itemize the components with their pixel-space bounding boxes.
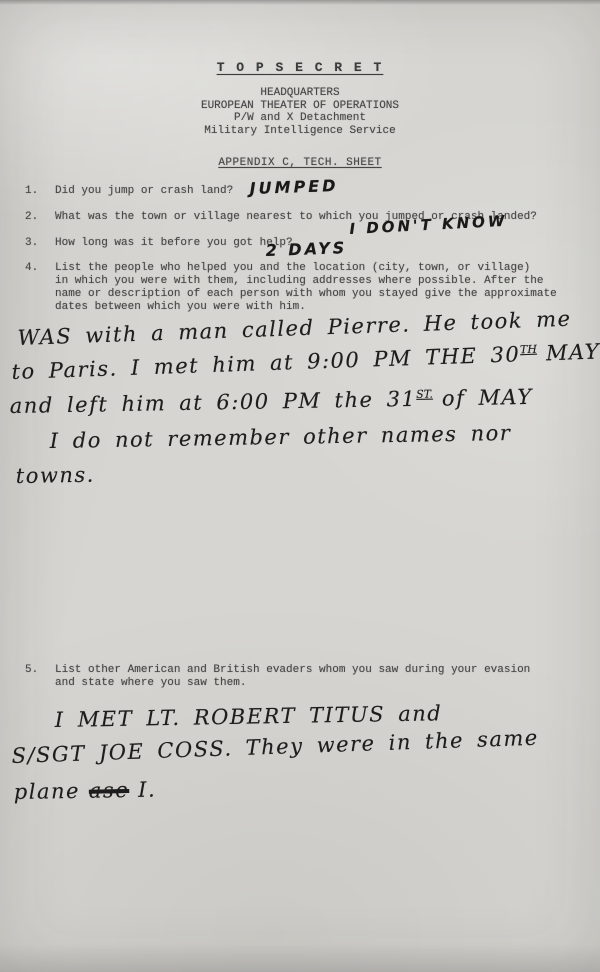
question-2-number: 2. (25, 211, 55, 224)
letterhead-detachment: P/W and X Detachment (0, 112, 600, 125)
question-4-text-line-1: List the people who helped you and the l… (55, 262, 557, 275)
answer-4-line-5: towns. (16, 463, 95, 488)
letterhead-service: Military Intelligence Service (0, 125, 600, 138)
question-5-text-line-1: List other American and British evaders … (55, 664, 530, 677)
classification-banner: T O P S E C R E T (0, 61, 600, 74)
question-4-number: 4. (25, 262, 55, 314)
question-4-text-line-3: name or description of each person with … (55, 288, 557, 301)
answer-4-line-3: and left him at 6:00 PM the 31ST.of MAY (10, 385, 533, 418)
answer-1-handwritten: JUMPED (249, 176, 338, 198)
question-3-text: How long was it before you got help? (55, 237, 293, 250)
question-5: 5. List other American and British evade… (25, 664, 530, 690)
letterhead: HEADQUARTERS EUROPEAN THEATER OF OPERATI… (0, 87, 600, 137)
question-4-text-line-2: in which you were with them, including a… (55, 275, 557, 288)
question-1-text: Did you jump or crash land? (55, 185, 233, 198)
question-4: 4. List the people who helped you and th… (25, 262, 557, 314)
answer-5-line-1: I MET LT. ROBERT TITUS and (55, 701, 443, 732)
answer-4-line-2-text: to Paris. I met him at 9:00 PM THE 30 (11, 342, 520, 384)
answer-4-line-3-superscript: ST. (416, 388, 433, 401)
answer-5-line-3-start: plane (14, 779, 81, 804)
answer-4-line-3-tail: of MAY (442, 385, 533, 411)
answer-5-line-3: planeaseI. (14, 778, 157, 804)
appendix-title: APPENDIX C, TECH. SHEET (0, 157, 600, 170)
answer-5-crossed-out-word: ase (89, 778, 130, 803)
question-3-number: 3. (25, 237, 55, 250)
question-3: 3. How long was it before you got help? (25, 237, 293, 250)
question-1-number: 1. (25, 185, 55, 198)
answer-5-line-2: S/SGT JOE COSS. They were in the same (11, 726, 539, 768)
letterhead-headquarters: HEADQUARTERS (0, 87, 600, 100)
question-1: 1. Did you jump or crash land? (25, 185, 233, 198)
answer-5-line-3-end: I. (138, 778, 156, 802)
answer-4-line-4: I do not remember other names nor (50, 421, 512, 453)
letterhead-theater: EUROPEAN THEATER OF OPERATIONS (0, 100, 600, 113)
document-page: T O P S E C R E T HEADQUARTERS EUROPEAN … (0, 0, 600, 972)
answer-3-handwritten: 2 DAYS (265, 238, 347, 260)
question-5-text-line-2: and state where you saw them. (55, 677, 530, 690)
question-5-number: 5. (25, 664, 55, 690)
answer-4-line-3-text: and left him at 6:00 PM the 31 (10, 387, 417, 418)
answer-4-line-2-tail: MAY (546, 339, 600, 365)
answer-4-line-2-superscript: TH (520, 343, 537, 357)
